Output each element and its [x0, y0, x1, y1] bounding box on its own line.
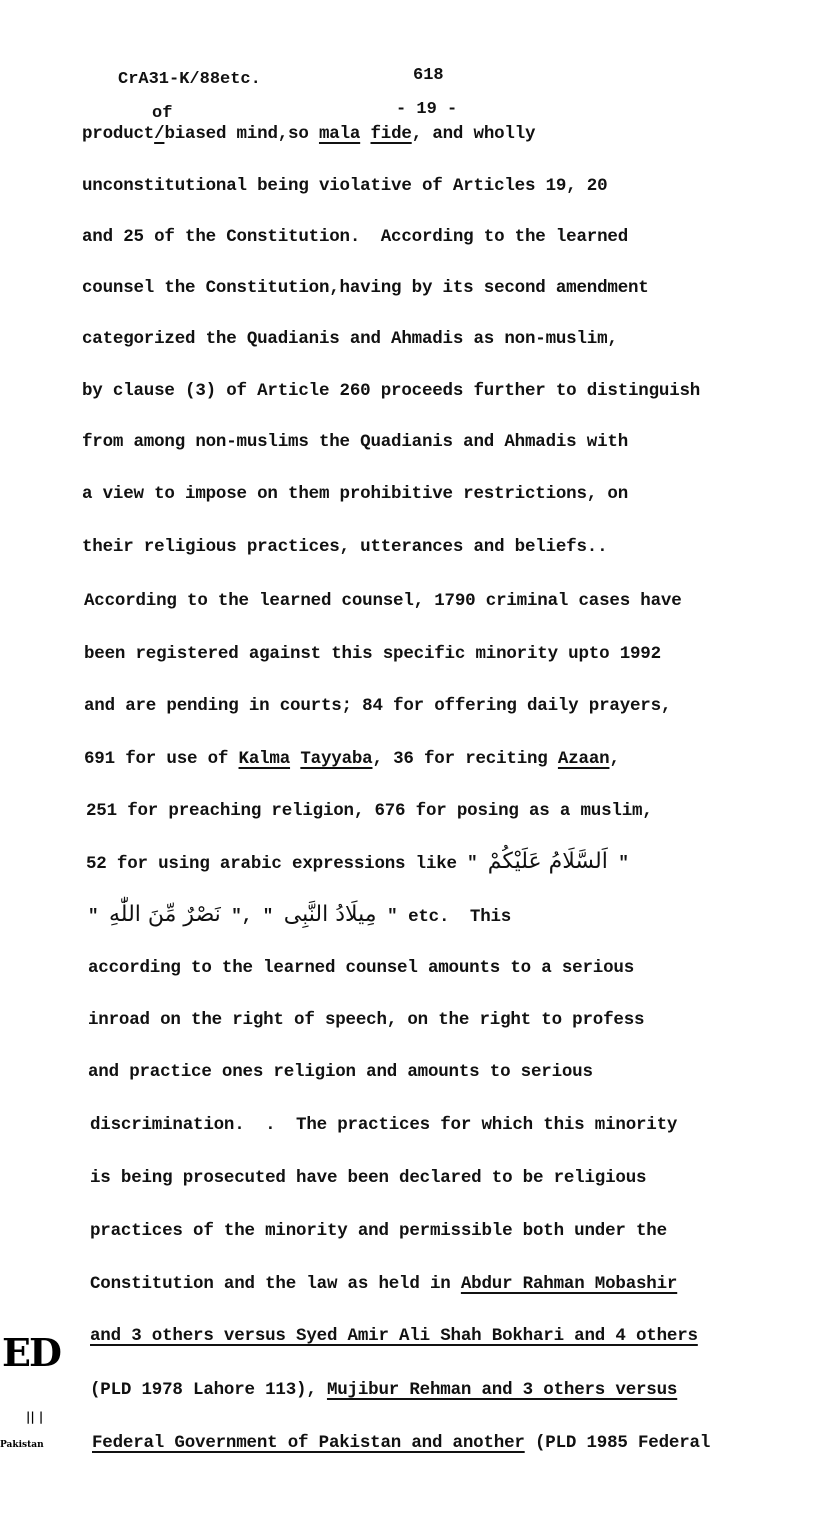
text-segment: been registered against this specific mi… [84, 644, 661, 664]
text-line: is being prosecuted have been declared t… [90, 1168, 646, 1188]
underlined-text: Abdur Rahman Mobashir [461, 1274, 677, 1294]
text-segment: and practice ones religion and amounts t… [88, 1062, 593, 1082]
arabic-expression: نَصْرٌ مِّنَ اللّٰهِ [109, 902, 221, 927]
text-line: According to the learned counsel, 1790 c… [84, 591, 682, 611]
underlined-text: Tayyaba [300, 749, 372, 769]
underlined-text: and 3 others versus Syed Amir Ali Shah B… [90, 1326, 698, 1346]
text-segment: , 36 for reciting [372, 749, 557, 769]
text-segment: categorized the Quadianis and Ahmadis as… [82, 329, 618, 349]
text-segment: their religious practices, utterances an… [82, 537, 607, 557]
text-line: and 25 of the Constitution. According to… [82, 227, 628, 247]
text-line: and practice ones religion and amounts t… [88, 1062, 593, 1082]
text-line: 691 for use of Kalma Tayyaba, 36 for rec… [84, 749, 620, 769]
text-segment: a view to impose on them prohibitive res… [82, 484, 628, 504]
text-line: counsel the Constitution,having by its s… [82, 278, 649, 298]
arabic-expression: اَلسَّلَامُ عَلَيْكُمْ [488, 849, 608, 874]
page-number: - 19 - [396, 100, 457, 119]
text-line: Federal Government of Pakistan and anoth… [92, 1433, 710, 1453]
text-segment: discrimination. . The practices for whic… [90, 1115, 677, 1135]
text-line: a view to impose on them prohibitive res… [82, 484, 628, 504]
text-segment: and are pending in courts; 84 for offeri… [84, 696, 671, 716]
text-line: according to the learned counsel amounts… [88, 958, 634, 978]
text-line: discrimination. . The practices for whic… [90, 1115, 677, 1135]
text-segment: (PLD 1978 Lahore 113), [90, 1380, 327, 1400]
text-segment: " [88, 907, 109, 927]
text-segment [290, 749, 300, 769]
page-number-top: 618 [413, 66, 444, 85]
text-line: 251 for preaching religion, 676 for posi… [86, 801, 653, 821]
margin-stamp-mark: || | [26, 1410, 43, 1424]
text-line: practices of the minority and permissibl… [90, 1221, 667, 1241]
insert-word: of [152, 104, 172, 123]
text-segment: product [82, 124, 154, 144]
text-line: been registered against this specific mi… [84, 644, 661, 664]
text-line: " نَصْرٌ مِّنَ اللّٰهِ ", " مِيلَادُ الن… [88, 905, 511, 927]
margin-stamp: ED [2, 1330, 60, 1375]
text-line: 52 for using arabic expressions like " ا… [86, 852, 629, 874]
underlined-text: Azaan [558, 749, 610, 769]
text-segment: According to the learned counsel, 1790 c… [84, 591, 682, 611]
text-segment: " etc. This [377, 907, 512, 927]
text-segment: biased mind,so [164, 124, 319, 144]
text-line: product/biased mind,so mala fide, and wh… [82, 124, 535, 144]
text-line: Constitution and the law as held in Abdu… [90, 1274, 677, 1294]
text-segment: ", " [221, 907, 284, 927]
text-segment: inroad on the right of speech, on the ri… [88, 1010, 644, 1030]
underlined-text: mala [319, 124, 360, 144]
margin-stamp-label: Pakistan [0, 1440, 44, 1450]
text-segment: , [609, 749, 619, 769]
text-segment: 251 for preaching religion, 676 for posi… [86, 801, 653, 821]
text-segment: Constitution and the law as held in [90, 1274, 461, 1294]
text-segment: practices of the minority and permissibl… [90, 1221, 667, 1241]
text-line: from among non-muslims the Quadianis and… [82, 432, 628, 452]
text-segment [360, 124, 370, 144]
text-segment: " [608, 854, 629, 874]
text-segment: 691 for use of [84, 749, 239, 769]
text-segment: by clause (3) of Article 260 proceeds fu… [82, 381, 700, 401]
text-segment: unconstitutional being violative of Arti… [82, 176, 607, 196]
text-line: by clause (3) of Article 260 proceeds fu… [82, 381, 700, 401]
text-segment: is being prosecuted have been declared t… [90, 1168, 646, 1188]
case-reference: CrA31-K/88etc. [118, 70, 261, 89]
text-line: (PLD 1978 Lahore 113), Mujibur Rehman an… [90, 1380, 677, 1400]
text-segment: , and wholly [412, 124, 536, 144]
underlined-text: Mujibur Rehman and 3 others versus [327, 1380, 677, 1400]
arabic-expression: مِيلَادُ النَّبِی [284, 902, 377, 927]
text-segment: (PLD 1985 Federal [525, 1433, 710, 1453]
text-segment: counsel the Constitution,having by its s… [82, 278, 649, 298]
text-segment: 52 for using arabic expressions like " [86, 854, 488, 874]
text-segment: from among non-muslims the Quadianis and… [82, 432, 628, 452]
text-segment: according to the learned counsel amounts… [88, 958, 634, 978]
text-line: inroad on the right of speech, on the ri… [88, 1010, 644, 1030]
underlined-text: Kalma [239, 749, 291, 769]
text-line: and are pending in courts; 84 for offeri… [84, 696, 671, 716]
text-line: unconstitutional being violative of Arti… [82, 176, 607, 196]
text-line: and 3 others versus Syed Amir Ali Shah B… [90, 1326, 698, 1346]
text-line: their religious practices, utterances an… [82, 537, 607, 557]
text-segment: and 25 of the Constitution. According to… [82, 227, 628, 247]
underlined-text: Federal Government of Pakistan and anoth… [92, 1433, 525, 1453]
underlined-text: fide [371, 124, 412, 144]
underlined-text: / [154, 124, 164, 144]
text-line: categorized the Quadianis and Ahmadis as… [82, 329, 618, 349]
